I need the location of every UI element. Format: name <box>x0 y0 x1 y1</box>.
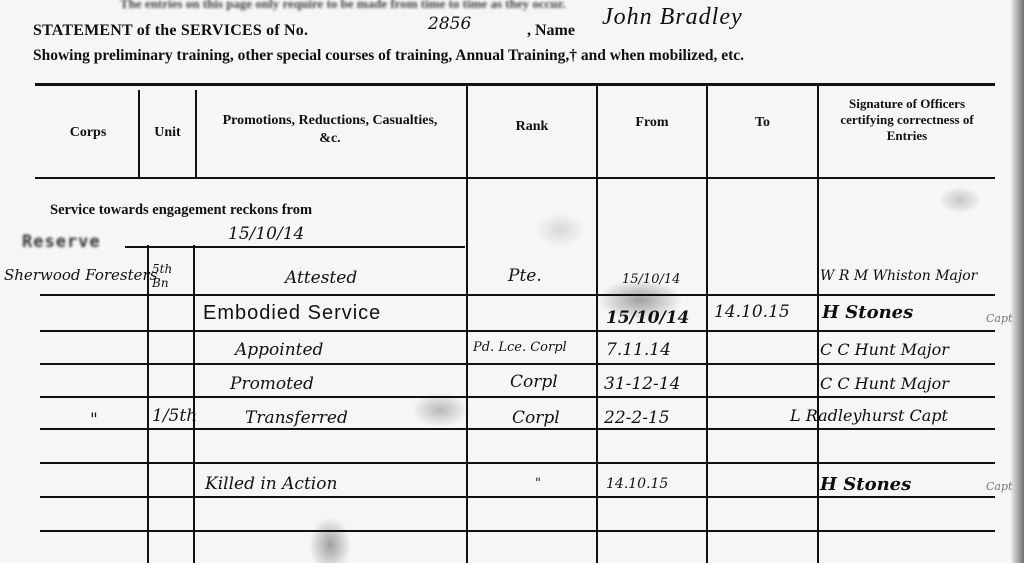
cell-unit: 5th Bn <box>152 262 192 290</box>
engagement-label: Service towards engagement reckons from <box>50 202 312 219</box>
header-rank: Rank <box>468 118 596 136</box>
col-line <box>195 90 197 178</box>
row-rule <box>40 396 995 398</box>
service-record-page: The entries on this page only require to… <box>0 0 1024 563</box>
cell-corps: " <box>90 410 98 430</box>
reserve-stamp: Reserve <box>22 232 101 252</box>
row-rule <box>40 428 995 430</box>
engagement-date: 15/10/14 <box>228 224 304 244</box>
col-line <box>706 85 708 563</box>
cell-rank: Pte. <box>508 266 542 286</box>
col-line <box>147 245 149 563</box>
signature-suffix: Capt <box>986 480 1012 493</box>
cell-from: 7.11.14 <box>606 340 671 360</box>
cell-event: Transferred <box>245 408 348 428</box>
row-rule <box>40 496 995 498</box>
cell-signature: C C Hunt Major <box>820 340 949 359</box>
header-promotions: Promotions, Reductions, Casualties, &c. <box>220 112 440 148</box>
cell-to: 14.10.15 <box>714 302 790 322</box>
row-rule <box>40 530 995 532</box>
cell-signature: L Radleyhurst Capt <box>790 406 948 425</box>
name-label: , Name <box>527 22 575 40</box>
cell-event: Promoted <box>230 374 314 394</box>
row-rule <box>40 294 995 296</box>
cell-signature: H Stones <box>822 302 913 323</box>
cell-signature: W R M Whiston Major <box>820 268 977 284</box>
cell-signature: H Stones <box>820 474 911 495</box>
header-signature: Signature of Officers certifying correct… <box>822 96 992 144</box>
scan-edge-shadow <box>1010 0 1024 563</box>
row-rule <box>40 363 995 365</box>
header-unit: Unit <box>140 124 195 142</box>
cell-event: Killed in Action <box>205 474 337 494</box>
header-corps: Corps <box>38 124 138 142</box>
col-line <box>596 85 598 563</box>
cell-from: 15/10/14 <box>606 308 689 328</box>
row-rule <box>40 330 995 332</box>
rule-header-bottom <box>35 177 995 179</box>
cell-unit: 1/5th <box>152 406 197 426</box>
soldier-name: John Bradley <box>602 4 743 31</box>
header-from: From <box>598 114 706 132</box>
cell-event: Attested <box>285 268 357 288</box>
cell-event: Appointed <box>235 340 323 360</box>
cell-from: 31-12-14 <box>604 374 680 394</box>
rule-top <box>35 83 995 86</box>
cell-from: 14.10.15 <box>606 476 668 492</box>
signature-suffix: Capt <box>986 312 1012 325</box>
cell-rank: " <box>535 476 541 491</box>
col-line <box>193 245 195 563</box>
service-number: 2856 <box>428 14 471 34</box>
top-cut-text: The entries on this page only require to… <box>120 0 940 12</box>
cell-rank: Pd. Lce. Corpl <box>473 340 567 355</box>
row-rule <box>40 462 995 464</box>
cell-corps: Sherwood Foresters <box>4 266 157 284</box>
col-line <box>817 85 819 563</box>
header-to: To <box>708 114 817 132</box>
embodied-service-stamp: Embodied Service <box>203 302 381 325</box>
statement-label: STATEMENT of the SERVICES of No. <box>33 22 308 40</box>
cell-from: 15/10/14 <box>622 272 680 287</box>
col-line <box>466 85 468 563</box>
cell-rank: Corpl <box>512 408 560 428</box>
cell-from: 22-2-15 <box>604 408 670 428</box>
subtitle: Showing preliminary training, other spec… <box>33 47 744 65</box>
cell-rank: Corpl <box>510 372 558 392</box>
rule-engagement <box>125 246 465 248</box>
cell-signature: C C Hunt Major <box>820 374 949 393</box>
